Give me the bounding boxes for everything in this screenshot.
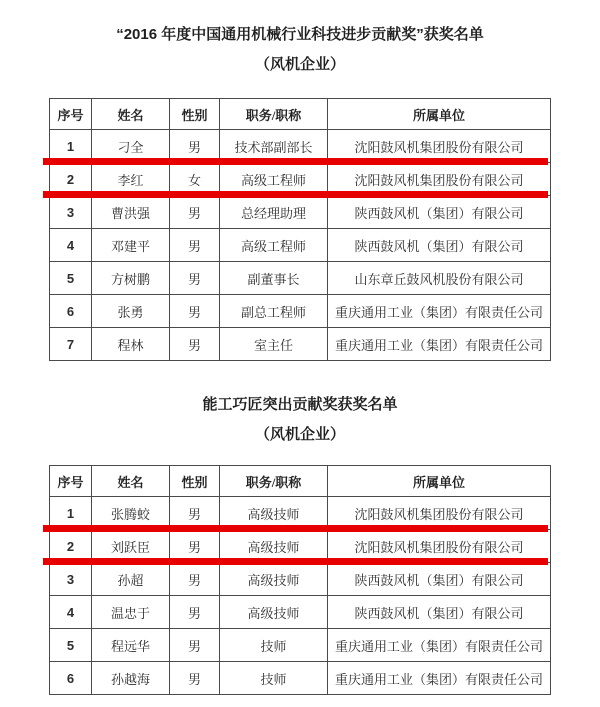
table-cell: 6 [50,295,92,328]
table-cell: 陕西鼓风机（集团）有限公司 [328,563,551,596]
table-cell: 6 [50,662,92,695]
table-cell: 室主任 [220,328,328,361]
section-title: “2016 年度中国通用机械行业科技进步贡献奖”获奖名单 [0,27,600,42]
highlight-underline [43,558,548,565]
section-title: 能工巧匠突出贡献奖获奖名单 [0,397,600,412]
column-header: 所属单位 [328,99,551,130]
table-cell: 副总工程师 [220,295,328,328]
highlight-underline [43,191,548,198]
awards-table-wrap: 序号姓名性别职务/职称所属单位1张腾蛟男高级技师沈阳鼓风机集团股份有限公司2刘跃… [49,465,551,695]
table-cell: 3 [50,196,92,229]
award-section-1: “2016 年度中国通用机械行业科技进步贡献奖”获奖名单 （风机企业） 序号姓名… [0,27,600,361]
table-row: 5程远华男技师重庆通用工业（集团）有限责任公司 [50,629,551,662]
table-cell: 4 [50,229,92,262]
table-cell: 重庆通用工业（集团）有限责任公司 [328,629,551,662]
table-cell: 男 [170,629,220,662]
column-header: 性别 [170,466,220,497]
table-cell: 曹洪强 [92,196,170,229]
table-cell: 技师 [220,629,328,662]
table-row: 6张勇男副总工程师重庆通用工业（集团）有限责任公司 [50,295,551,328]
table-cell: 副董事长 [220,262,328,295]
table-cell: 陕西鼓风机（集团）有限公司 [328,229,551,262]
table-cell: 5 [50,262,92,295]
table-cell: 程远华 [92,629,170,662]
column-header: 序号 [50,99,92,130]
table-cell: 孙超 [92,563,170,596]
table-cell: 方树鹏 [92,262,170,295]
table-cell: 男 [170,328,220,361]
table-row: 3孙超男高级技师陕西鼓风机（集团）有限公司 [50,563,551,596]
table-cell: 温忠于 [92,596,170,629]
table-cell: 孙越海 [92,662,170,695]
table-cell: 男 [170,596,220,629]
award-section-2: 能工巧匠突出贡献奖获奖名单 （风机企业） 序号姓名性别职务/职称所属单位1张腾蛟… [0,397,600,695]
column-header: 姓名 [92,466,170,497]
table-cell: 重庆通用工业（集团）有限责任公司 [328,662,551,695]
column-header: 性别 [170,99,220,130]
column-header: 所属单位 [328,466,551,497]
table-cell: 高级工程师 [220,229,328,262]
table-row: 5方树鹏男副董事长山东章丘鼓风机股份有限公司 [50,262,551,295]
column-header: 职务/职称 [220,466,328,497]
table-cell: 男 [170,196,220,229]
table-row: 6孙越海男技师重庆通用工业（集团）有限责任公司 [50,662,551,695]
highlight-underline [43,525,548,532]
table-cell: 男 [170,262,220,295]
table-cell: 男 [170,295,220,328]
table-row: 3曹洪强男总经理助理陕西鼓风机（集团）有限公司 [50,196,551,229]
highlight-underline [43,158,548,165]
section-subtitle: （风机企业） [0,57,600,72]
table-cell: 陕西鼓风机（集团）有限公司 [328,596,551,629]
table-cell: 程林 [92,328,170,361]
table-cell: 4 [50,596,92,629]
document-page: “2016 年度中国通用机械行业科技进步贡献奖”获奖名单 （风机企业） 序号姓名… [0,0,600,695]
section-subtitle: （风机企业） [0,427,600,442]
table-cell: 高级技师 [220,563,328,596]
table-cell: 男 [170,563,220,596]
table-cell: 男 [170,662,220,695]
table-cell: 3 [50,563,92,596]
table-row: 7程林男室主任重庆通用工业（集团）有限责任公司 [50,328,551,361]
column-header: 职务/职称 [220,99,328,130]
table-cell: 技师 [220,662,328,695]
table-cell: 邓建平 [92,229,170,262]
awards-table-wrap: 序号姓名性别职务/职称所属单位1刁全男技术部副部长沈阳鼓风机集团股份有限公司2李… [49,98,551,361]
table-cell: 重庆通用工业（集团）有限责任公司 [328,328,551,361]
column-header: 序号 [50,466,92,497]
table-cell: 总经理助理 [220,196,328,229]
table-cell: 高级技师 [220,596,328,629]
table-cell: 重庆通用工业（集团）有限责任公司 [328,295,551,328]
table-cell: 5 [50,629,92,662]
table-row: 4邓建平男高级工程师陕西鼓风机（集团）有限公司 [50,229,551,262]
table-cell: 男 [170,229,220,262]
table-cell: 山东章丘鼓风机股份有限公司 [328,262,551,295]
awards-table: 序号姓名性别职务/职称所属单位1刁全男技术部副部长沈阳鼓风机集团股份有限公司2李… [49,98,551,361]
table-row: 4温忠于男高级技师陕西鼓风机（集团）有限公司 [50,596,551,629]
table-cell: 陕西鼓风机（集团）有限公司 [328,196,551,229]
column-header: 姓名 [92,99,170,130]
awards-table: 序号姓名性别职务/职称所属单位1张腾蛟男高级技师沈阳鼓风机集团股份有限公司2刘跃… [49,465,551,695]
table-cell: 7 [50,328,92,361]
table-cell: 张勇 [92,295,170,328]
